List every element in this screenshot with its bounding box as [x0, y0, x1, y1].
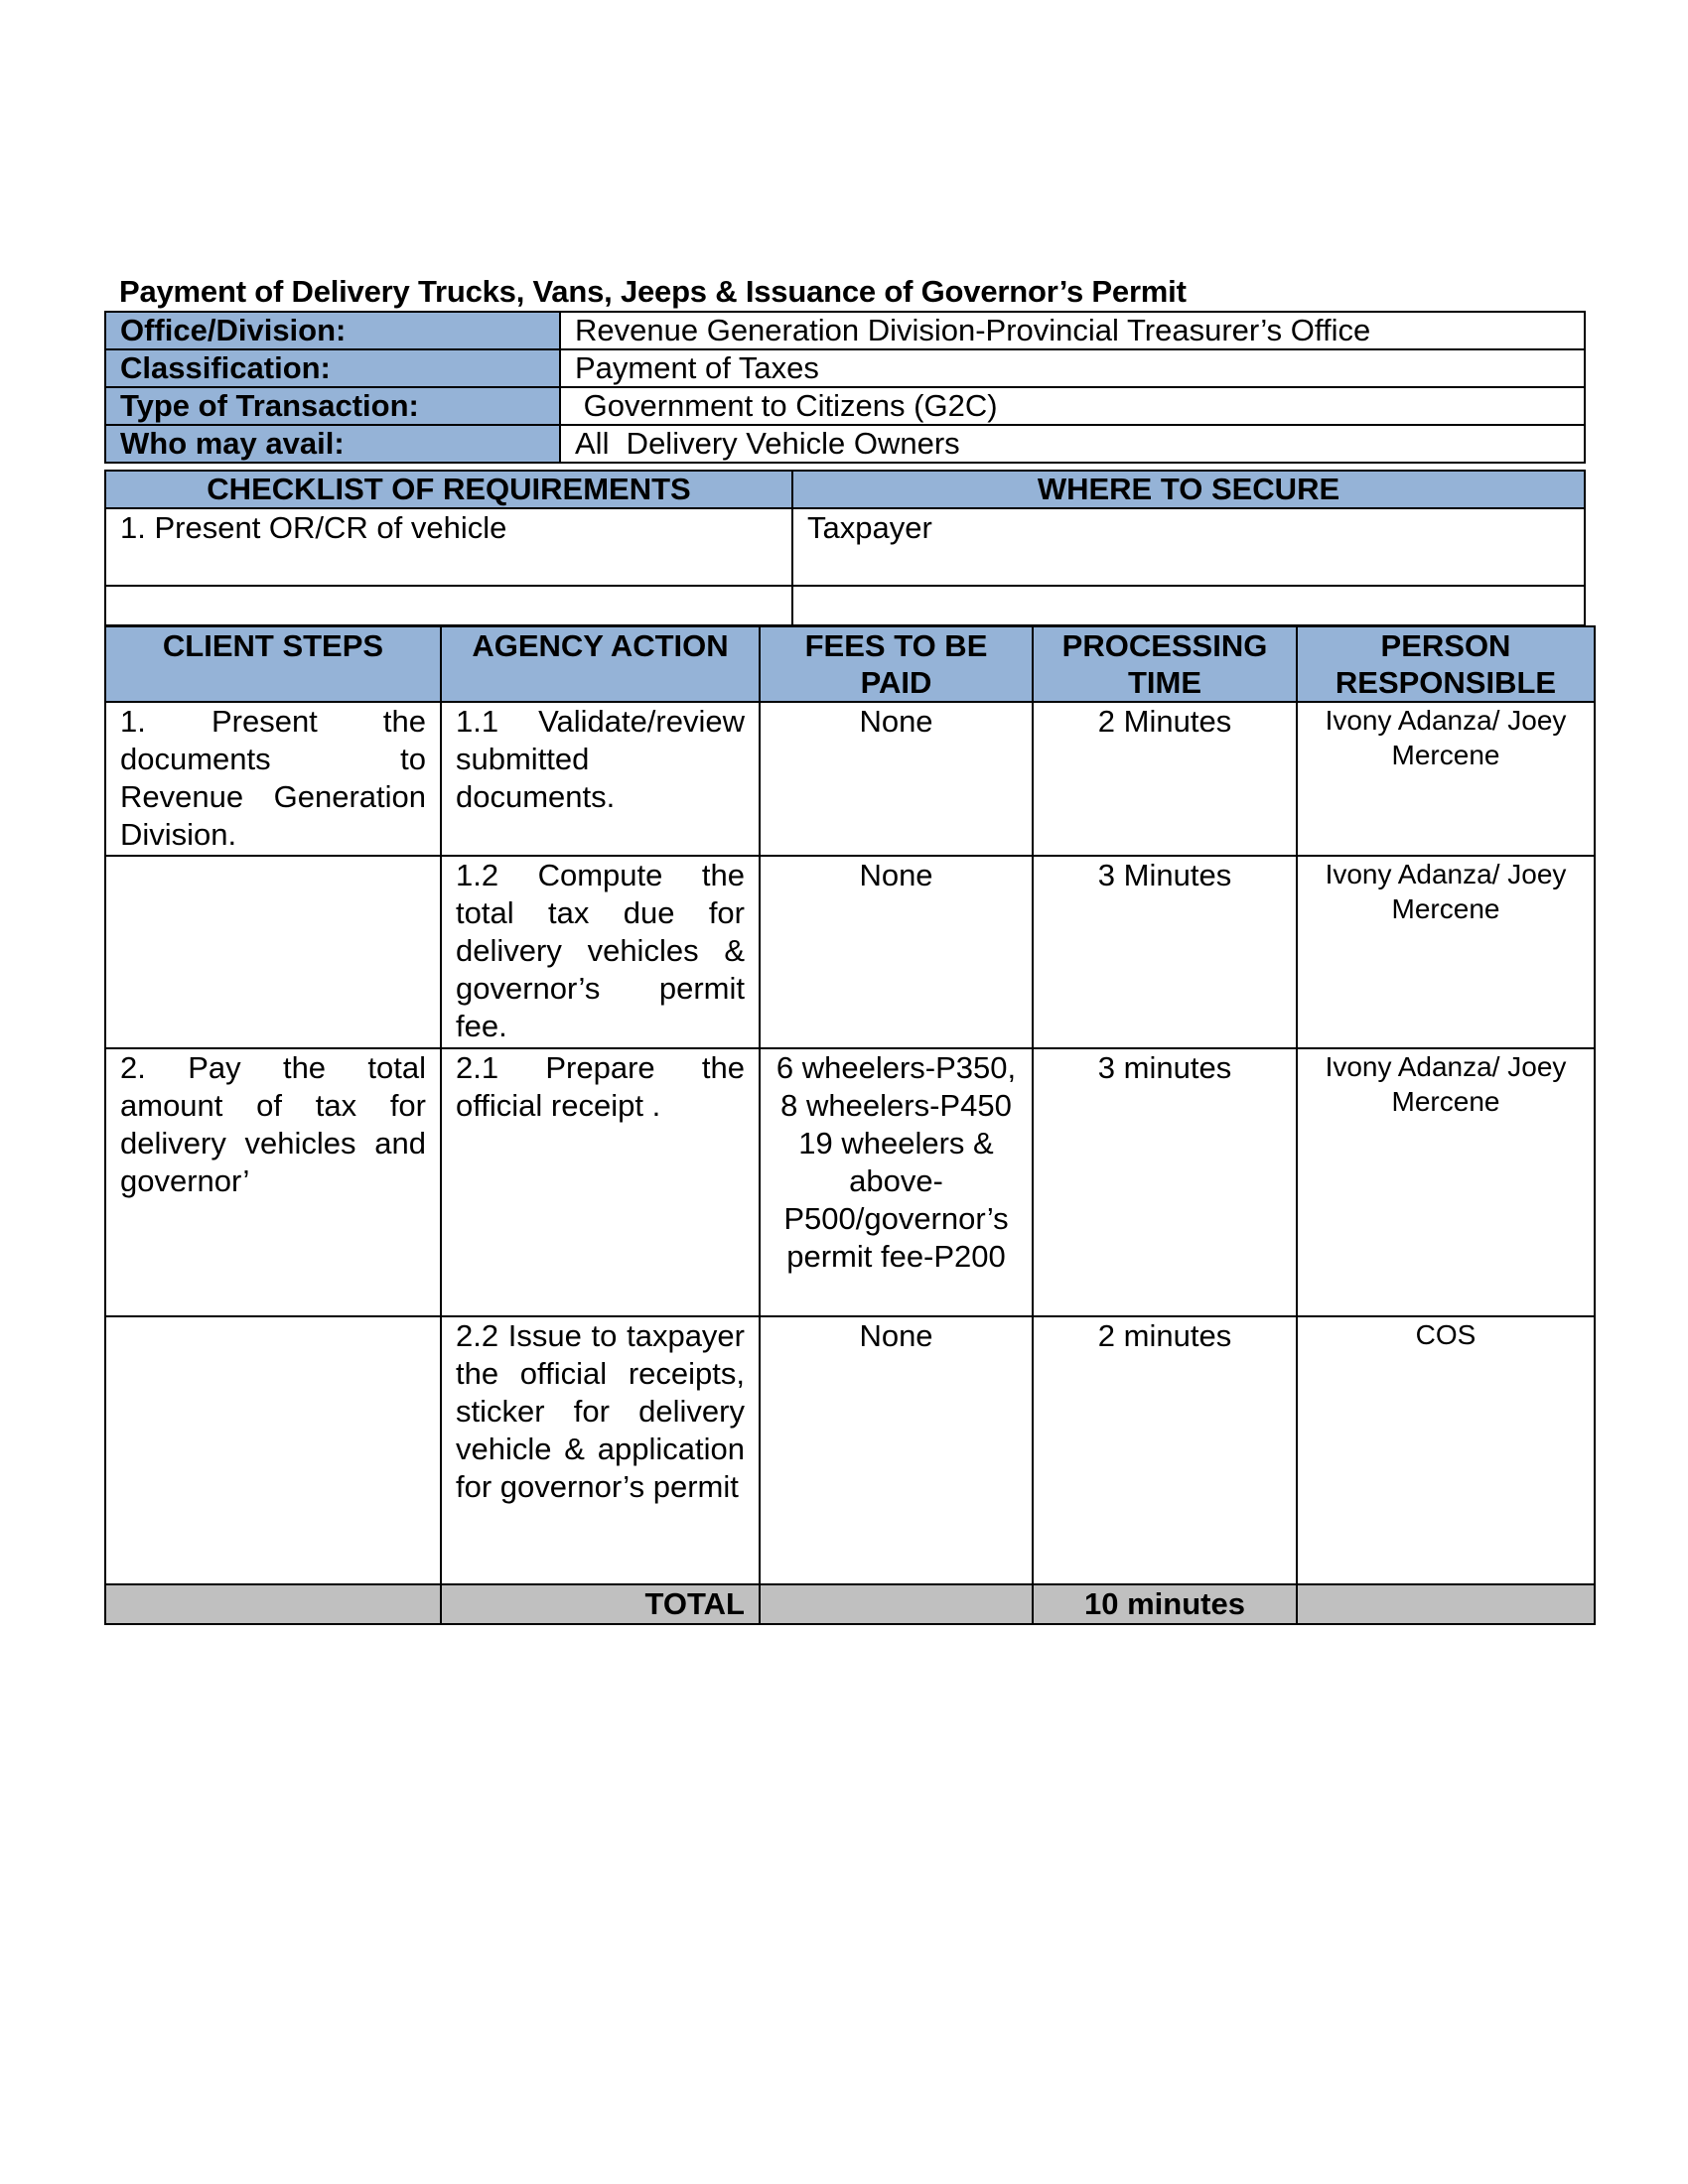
total-row: TOTAL 10 minutes — [105, 1584, 1595, 1624]
agency-action-cell: 2.2 Issue to taxpayer the official recei… — [441, 1316, 760, 1584]
processing-time-cell: 2 minutes — [1033, 1316, 1297, 1584]
person-responsible-cell: Ivony Adanza/ Joey Mercene — [1297, 1048, 1595, 1316]
process-steps-table: CLIENT STEPS AGENCY ACTION FEES TO BE PA… — [104, 625, 1596, 1625]
checklist-header: CHECKLIST OF REQUIREMENTS — [105, 471, 792, 508]
info-row-classification: Classification: Payment of Taxes — [105, 349, 1585, 387]
total-fees-cell — [760, 1584, 1033, 1624]
info-row-who-may-avail: Who may avail: All Delivery Vehicle Owne… — [105, 425, 1585, 463]
info-row-transaction-type: Type of Transaction: Government to Citiz… — [105, 387, 1585, 425]
info-value: All Delivery Vehicle Owners — [560, 425, 1585, 463]
requirement-cell: 1. Present OR/CR of vehicle — [105, 508, 792, 586]
processing-time-cell: 2 Minutes — [1033, 702, 1297, 856]
info-label: Type of Transaction: — [105, 387, 560, 425]
fees-cell: 6 wheelers-P350, 8 wheelers-P450 19 whee… — [760, 1048, 1033, 1316]
info-label: Who may avail: — [105, 425, 560, 463]
fees-cell: None — [760, 1316, 1033, 1584]
step-row: 2.2 Issue to taxpayer the official recei… — [105, 1316, 1595, 1584]
where-to-secure-cell: Taxpayer — [792, 508, 1585, 586]
agency-action-cell: 2.1 Prepare the official receipt . — [441, 1048, 760, 1316]
total-label: TOTAL — [441, 1584, 760, 1624]
agency-action-cell: 1.2 Compute the total tax due for delive… — [441, 856, 760, 1048]
info-row-office: Office/Division: Revenue Generation Divi… — [105, 312, 1585, 349]
step-row: 1. Present the documents to Revenue Gene… — [105, 702, 1595, 856]
steps-header-row: CLIENT STEPS AGENCY ACTION FEES TO BE PA… — [105, 626, 1595, 702]
person-responsible-cell: COS — [1297, 1316, 1595, 1584]
info-label: Office/Division: — [105, 312, 560, 349]
checklist-header-row: CHECKLIST OF REQUIREMENTS WHERE TO SECUR… — [105, 471, 1585, 508]
client-steps-header: CLIENT STEPS — [105, 626, 441, 702]
client-step-cell: 1. Present the documents to Revenue Gene… — [105, 702, 441, 856]
client-step-cell — [105, 1316, 441, 1584]
processing-time-cell: 3 Minutes — [1033, 856, 1297, 1048]
fees-header: FEES TO BE PAID — [760, 626, 1033, 702]
fees-cell: None — [760, 702, 1033, 856]
checklist-row — [105, 586, 1585, 625]
person-responsible-cell: Ivony Adanza/ Joey Mercene — [1297, 856, 1595, 1048]
requirement-cell — [105, 586, 792, 625]
checklist-row: 1. Present OR/CR of vehicle Taxpayer — [105, 508, 1585, 586]
info-label: Classification: — [105, 349, 560, 387]
total-spacer-cell — [105, 1584, 441, 1624]
processing-time-header: PROCESSING TIME — [1033, 626, 1297, 702]
client-step-cell — [105, 856, 441, 1048]
step-row: 2. Pay the total amount of tax for deliv… — [105, 1048, 1595, 1316]
info-value: Government to Citizens (G2C) — [560, 387, 1585, 425]
agency-action-cell: 1.1 Validate/review submitted documents. — [441, 702, 760, 856]
where-to-secure-cell — [792, 586, 1585, 625]
processing-time-cell: 3 minutes — [1033, 1048, 1297, 1316]
fees-cell: None — [760, 856, 1033, 1048]
client-step-cell: 2. Pay the total amount of tax for deliv… — [105, 1048, 441, 1316]
info-value: Payment of Taxes — [560, 349, 1585, 387]
checklist-table: CHECKLIST OF REQUIREMENTS WHERE TO SECUR… — [104, 470, 1586, 626]
total-person-cell — [1297, 1584, 1595, 1624]
document-title: Payment of Delivery Trucks, Vans, Jeeps … — [119, 274, 1187, 310]
info-value: Revenue Generation Division-Provincial T… — [560, 312, 1585, 349]
agency-action-header: AGENCY ACTION — [441, 626, 760, 702]
total-time-cell: 10 minutes — [1033, 1584, 1297, 1624]
where-to-secure-header: WHERE TO SECURE — [792, 471, 1585, 508]
step-row: 1.2 Compute the total tax due for delive… — [105, 856, 1595, 1048]
person-responsible-cell: Ivony Adanza/ Joey Mercene — [1297, 702, 1595, 856]
person-responsible-header: PERSON RESPONSIBLE — [1297, 626, 1595, 702]
service-info-table: Office/Division: Revenue Generation Divi… — [104, 311, 1586, 464]
